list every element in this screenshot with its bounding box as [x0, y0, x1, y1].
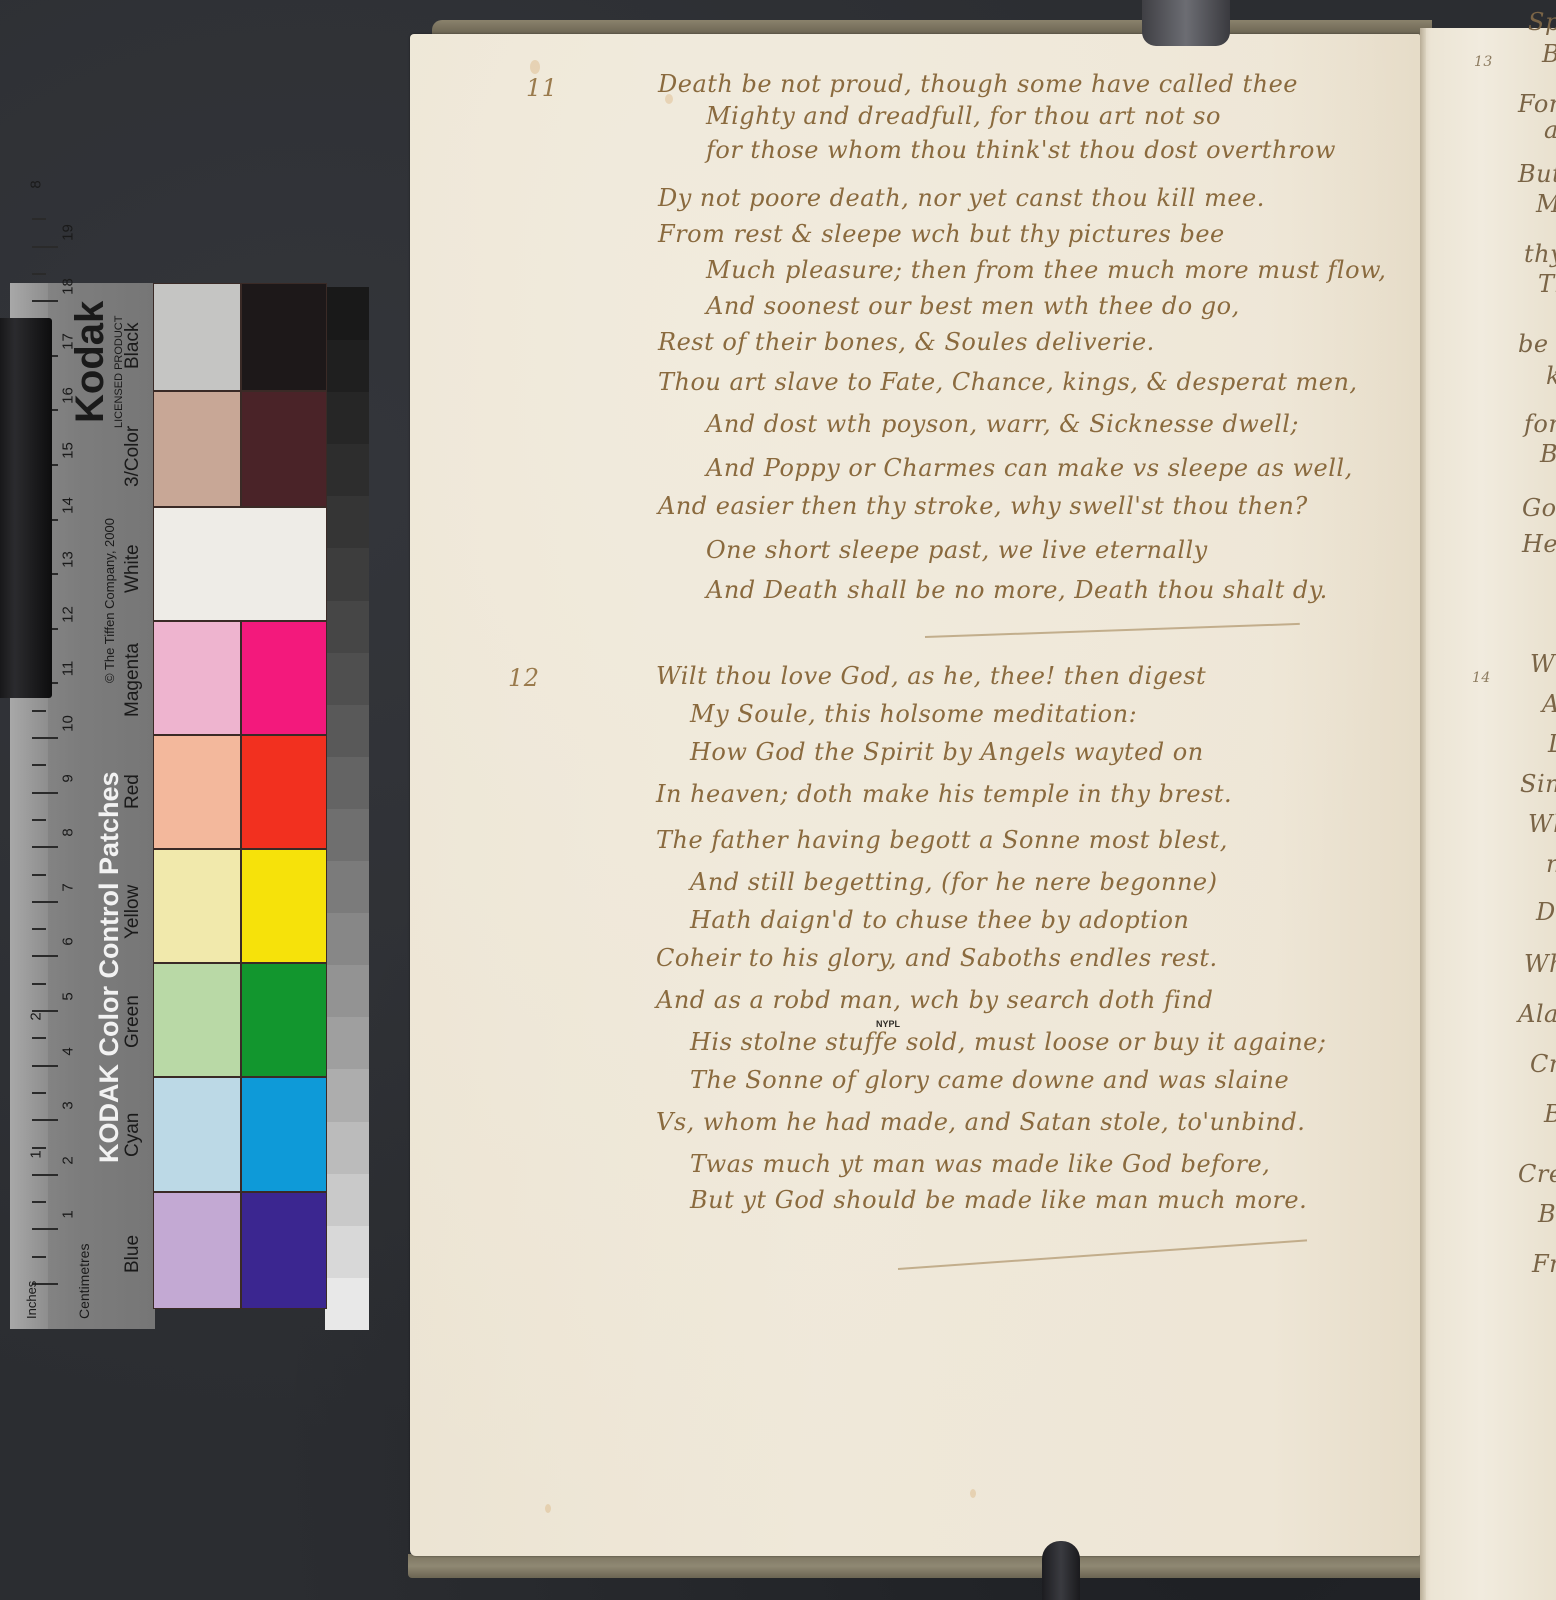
cm-tick-label: 9 [60, 766, 77, 790]
inch-tick-label: 1 [28, 1143, 45, 1167]
cm-tick-label: 10 [60, 712, 77, 736]
facing-page-line: Am [1542, 690, 1556, 718]
ruler-tick [32, 792, 58, 794]
ruler-tick [32, 1037, 46, 1039]
patch-3-color-dark [241, 391, 327, 507]
patch-white [153, 507, 327, 621]
ruler-tick [32, 300, 58, 302]
poem-number: 12 [508, 664, 540, 692]
ruler-tick [32, 246, 58, 248]
patch-label: Yellow [122, 885, 144, 939]
cm-tick-label: 14 [60, 493, 77, 517]
poem-line: And Death shall be no more, Death thou s… [706, 576, 1328, 604]
facing-page-line: Simple [1520, 770, 1556, 798]
patch-black-light [153, 283, 241, 391]
poem-line: His stolne stuffe sold, must loose or bu… [690, 1028, 1326, 1056]
ruler-tick [32, 1228, 58, 1230]
cm-tick-label: 5 [60, 985, 77, 1009]
ruler-tick [32, 983, 46, 985]
poem-line: And still begetting, (for he nere begonn… [690, 868, 1217, 896]
poem-line: And as a robd man, wch by search doth fi… [656, 986, 1213, 1014]
facing-page-line: But [1518, 160, 1556, 188]
gray-step [325, 1069, 369, 1122]
facing-page-line: Bu [1542, 40, 1556, 68]
patch-magenta-dark [241, 621, 327, 735]
poem-line: And easier then thy stroke, why swell'st… [658, 492, 1308, 520]
poem-line: Twas much yt man was made like God befor… [690, 1150, 1270, 1178]
gray-step [325, 912, 369, 965]
cm-tick-label: 11 [60, 657, 77, 681]
gray-step [325, 652, 369, 705]
ruler-tick [32, 737, 58, 739]
poem-line: Vs, whom he had made, and Satan stole, t… [656, 1108, 1305, 1136]
patch-blue-dark [241, 1192, 327, 1309]
cm-tick-label: 2 [60, 1148, 77, 1172]
patch-green-light [153, 963, 241, 1077]
ruler-tick [32, 1065, 58, 1067]
binding-clip-bottom [1042, 1541, 1080, 1600]
poem-line: My Soule, this holsome meditation: [690, 700, 1137, 728]
ruler-tick [32, 846, 58, 848]
gray-step [325, 756, 369, 809]
patch-yellow-dark [241, 849, 327, 963]
poem-line: Coheir to his glory, and Saboths endles … [656, 944, 1218, 972]
gray-step [325, 391, 369, 444]
facing-page-line: Di [1536, 898, 1556, 926]
poem-line: But yt God should be made like man much … [690, 1186, 1307, 1214]
cm-tick-label: 8 [60, 821, 77, 845]
binding-clip-top [1142, 0, 1230, 46]
ruler-tick [32, 1119, 58, 1121]
patch-green-dark [241, 963, 327, 1077]
facing-page-line: for [1524, 410, 1556, 438]
gray-step [325, 1016, 369, 1069]
patch-label: Red [122, 774, 144, 809]
facing-page-line: no [1546, 850, 1556, 878]
poem-line: Much pleasure; then from thee much more … [706, 256, 1386, 284]
inch-tick-label: 2 [28, 1004, 45, 1028]
cm-tick-label: 15 [60, 439, 77, 463]
facing-page-line: Cr [1530, 1050, 1556, 1078]
facing-page-line: Li [1548, 730, 1556, 758]
kodak-color-target: 12345678910111213141516171819 12678 Inch… [10, 283, 362, 1329]
poem-line: One short sleepe past, we live eternally [706, 536, 1208, 564]
gray-step [325, 1225, 369, 1278]
poem-line: How God the Spirit by Angels wayted on [690, 738, 1204, 766]
patch-cyan-light [153, 1077, 241, 1192]
poem-line: for those whom thou think'st thou dost o… [706, 136, 1336, 164]
poem-line: Death be not proud, though some have cal… [658, 70, 1298, 98]
facing-page-line: Th [1538, 270, 1556, 298]
ruler-tick [32, 901, 58, 903]
facing-page-line: For [1518, 90, 1556, 118]
patch-label: Black [122, 322, 144, 368]
patch-label: Green [122, 995, 144, 1048]
gray-step [325, 1121, 369, 1174]
patch-label: Cyan [122, 1112, 144, 1156]
kodak-logo: Kodak [68, 301, 113, 423]
poem-line: Wilt thou love God, as he, thee! then di… [656, 662, 1206, 690]
gray-step [325, 808, 369, 861]
facing-page-line: a [1544, 116, 1556, 144]
cm-tick-label: 7 [60, 875, 77, 899]
gray-step [325, 287, 369, 340]
poem-line: And soonest our best men wth thee do go, [706, 292, 1240, 320]
ruler-tick [32, 273, 46, 275]
poem-line: Hath daign'd to chuse thee by adoption [690, 906, 1189, 934]
facing-page-line: Alas [1518, 1000, 1556, 1028]
gray-step [325, 548, 369, 601]
facing-page-line: He m [1522, 530, 1556, 558]
gray-step [325, 964, 369, 1017]
foxing-spot [970, 1489, 976, 1498]
gray-step [325, 443, 369, 496]
ruler-tick [32, 710, 46, 712]
facing-page-line: Fr [1532, 1250, 1556, 1278]
facing-page-line: be [1518, 330, 1549, 358]
facing-page-line: Spit [1528, 8, 1556, 36]
patch-label: Blue [122, 1234, 144, 1272]
facing-page-line: Whose [1524, 950, 1556, 978]
poem-line: In heaven; doth make his temple in thy b… [656, 780, 1232, 808]
inches-label: Inches [24, 1281, 39, 1319]
facing-page-line: God [1522, 494, 1556, 522]
gray-step [325, 495, 369, 548]
ruler-tick [32, 764, 46, 766]
facing-page-number: 13 [1474, 54, 1493, 70]
poem-line: And Poppy or Charmes can make vs sleepe … [706, 454, 1353, 482]
ruler-tick [32, 819, 46, 821]
facing-page-line: Why [1530, 650, 1556, 678]
book-cover-edge-bottom [408, 1554, 1480, 1578]
poem-line: Thou art slave to Fate, Chance, kings, &… [658, 368, 1358, 396]
patch-blue-light [153, 1192, 241, 1309]
foxing-spot [545, 1504, 551, 1513]
poem-line: The father having begott a Sonne most bl… [656, 826, 1228, 854]
ruler-tick [32, 874, 46, 876]
poem-line: And dost wth poyson, warr, & Sicknesse d… [706, 410, 1299, 438]
patch-magenta-light [153, 621, 241, 735]
cm-tick-label: 1 [60, 1203, 77, 1227]
nypl-stamp: NYPL [876, 1019, 900, 1029]
ruler-tick [32, 1174, 58, 1176]
patch-black-dark [241, 283, 327, 391]
cm-tick-label: 6 [60, 930, 77, 954]
binding-clip-left [0, 318, 52, 698]
facing-page-line: Bu [1540, 440, 1556, 468]
facing-page-line: Bu [1538, 1200, 1556, 1228]
facing-page-line: Why [1528, 810, 1556, 838]
gray-step [325, 1173, 369, 1226]
centimetres-label: Centimetres [76, 1244, 92, 1319]
poem-line: The Sonne of glory came downe and was sl… [690, 1066, 1289, 1094]
poem-line: Mighty and dreadfull, for thou art not s… [706, 102, 1221, 130]
patch-3-color-light [153, 391, 241, 507]
gray-scale-strip [325, 287, 369, 1329]
gray-step [325, 600, 369, 653]
facing-page-line: Bu [1544, 1100, 1556, 1128]
facing-page-line: M [1536, 190, 1556, 218]
cm-tick-label: 18 [60, 275, 77, 299]
gray-step [325, 339, 369, 392]
facing-page-line: Create [1518, 1160, 1556, 1188]
poem-line: From rest & sleepe wch but thy pictures … [658, 220, 1225, 248]
product-title: KODAK Color Control Patches [94, 771, 125, 1163]
facing-page-line: k [1546, 362, 1556, 390]
ruler-tick [32, 218, 46, 220]
cm-tick-label: 13 [60, 548, 77, 572]
patch-label: Magenta [122, 643, 144, 717]
ruler-tick [32, 1256, 46, 1258]
ruler-tick [32, 955, 58, 957]
patch-cyan-dark [241, 1077, 327, 1192]
patch-red-light [153, 735, 241, 849]
cm-tick-label: 3 [60, 1094, 77, 1118]
ruler-tick [32, 1092, 46, 1094]
patch-label: 3/Color [122, 425, 144, 486]
ruler-tick [32, 928, 46, 930]
copyright: © The Tiffen Company, 2000 [102, 518, 117, 683]
gray-step [325, 704, 369, 757]
patch-label: White [122, 544, 144, 593]
inch-tick-label: 8 [28, 172, 45, 196]
foxing-spot [530, 60, 540, 74]
poem-line: Rest of their bones, & Soules deliverie. [658, 328, 1155, 356]
cm-tick-label: 12 [60, 602, 77, 626]
gray-step [325, 1277, 369, 1330]
poem-number: 11 [526, 74, 558, 102]
gutter [1420, 28, 1426, 1600]
poem-line: Dy not poore death, nor yet canst thou k… [658, 184, 1265, 212]
ruler-tick [32, 1201, 46, 1203]
patch-yellow-light [153, 849, 241, 963]
facing-page-line: thy [1524, 240, 1556, 268]
cm-tick-label: 19 [60, 220, 77, 244]
cm-tick-label: 4 [60, 1039, 77, 1063]
gray-step [325, 860, 369, 913]
facing-page-number: 14 [1472, 670, 1491, 686]
patch-red-dark [241, 735, 327, 849]
